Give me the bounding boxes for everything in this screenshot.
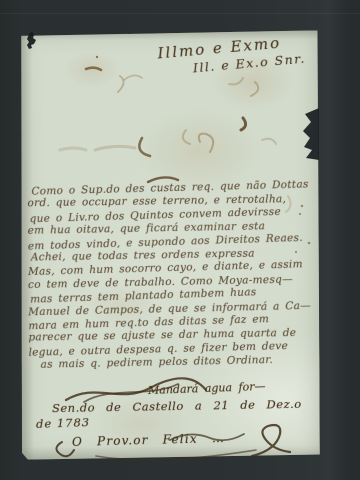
body-text: Como o Sup.do des custas req. que não Do… (27, 181, 310, 371)
year-line: de 1783 (36, 415, 91, 431)
scanned-manuscript: Illmo e Exmo Ill. e Ex.o Snr. Como o Sup… (0, 0, 360, 480)
